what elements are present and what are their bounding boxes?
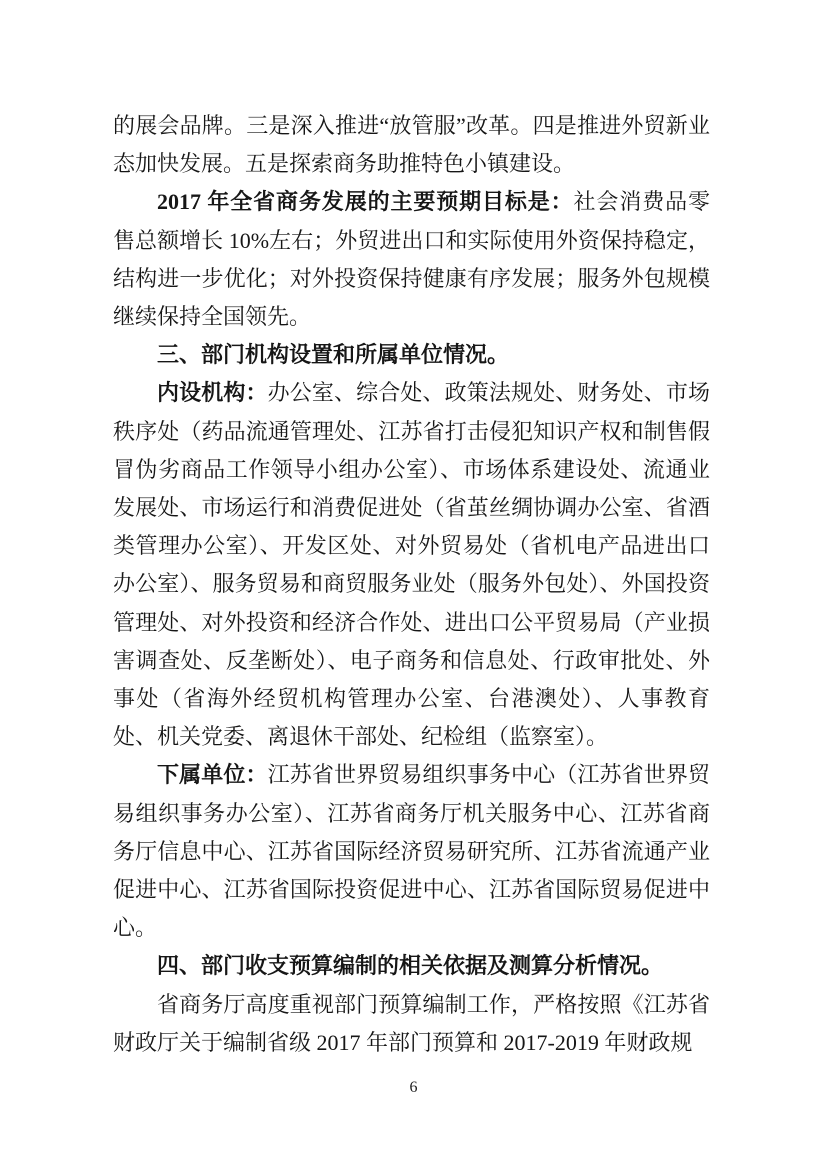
- paragraph-budget-compilation: 省商务厅高度重视部门预算编制工作，严格按照《江苏省财政厅关于编制省级 2017 …: [113, 986, 710, 1062]
- paragraph-internal-organs-body: 办公室、综合处、政策法规处、财务处、市场秩序处（药品流通管理处、江苏省打击侵犯知…: [113, 380, 710, 749]
- document-page: 的展会品牌。三是深入推进“放管服”改革。四是推进外贸新业态加快发展。五是探索商务…: [0, 0, 827, 1169]
- paragraph-internal-organs: 内设机构：办公室、综合处、政策法规处、财务处、市场秩序处（药品流通管理处、江苏省…: [113, 374, 710, 756]
- paragraph-subordinate-units-label: 下属单位：: [157, 762, 268, 787]
- section-heading-3-org-structure: 三、部门机构设置和所属单位情况。: [113, 336, 710, 374]
- paragraph-2017-targets: 2017 年全省商务发展的主要预期目标是：社会消费品零售总额增长 10%左右；外…: [113, 183, 710, 336]
- page-number: 6: [0, 1079, 827, 1097]
- paragraph-internal-organs-label: 内设机构：: [157, 380, 268, 405]
- paragraph-subordinate-units-body: 江苏省世界贸易组织事务中心（江苏省世界贸易组织事务办公室）、江苏省商务厅机关服务…: [113, 762, 710, 940]
- page-body-text: 的展会品牌。三是深入推进“放管服”改革。四是推进外贸新业态加快发展。五是探索商务…: [113, 107, 710, 1062]
- section-heading-4-budget-basis: 四、部门收支预算编制的相关依据及测算分析情况。: [113, 947, 710, 985]
- paragraph-2017-targets-bold-lead: 2017 年全省商务发展的主要预期目标是：: [157, 189, 574, 214]
- paragraph-exhibition-brands-continuation: 的展会品牌。三是深入推进“放管服”改革。四是推进外贸新业态加快发展。五是探索商务…: [113, 107, 710, 183]
- paragraph-subordinate-units: 下属单位：江苏省世界贸易组织事务中心（江苏省世界贸易组织事务办公室）、江苏省商务…: [113, 756, 710, 947]
